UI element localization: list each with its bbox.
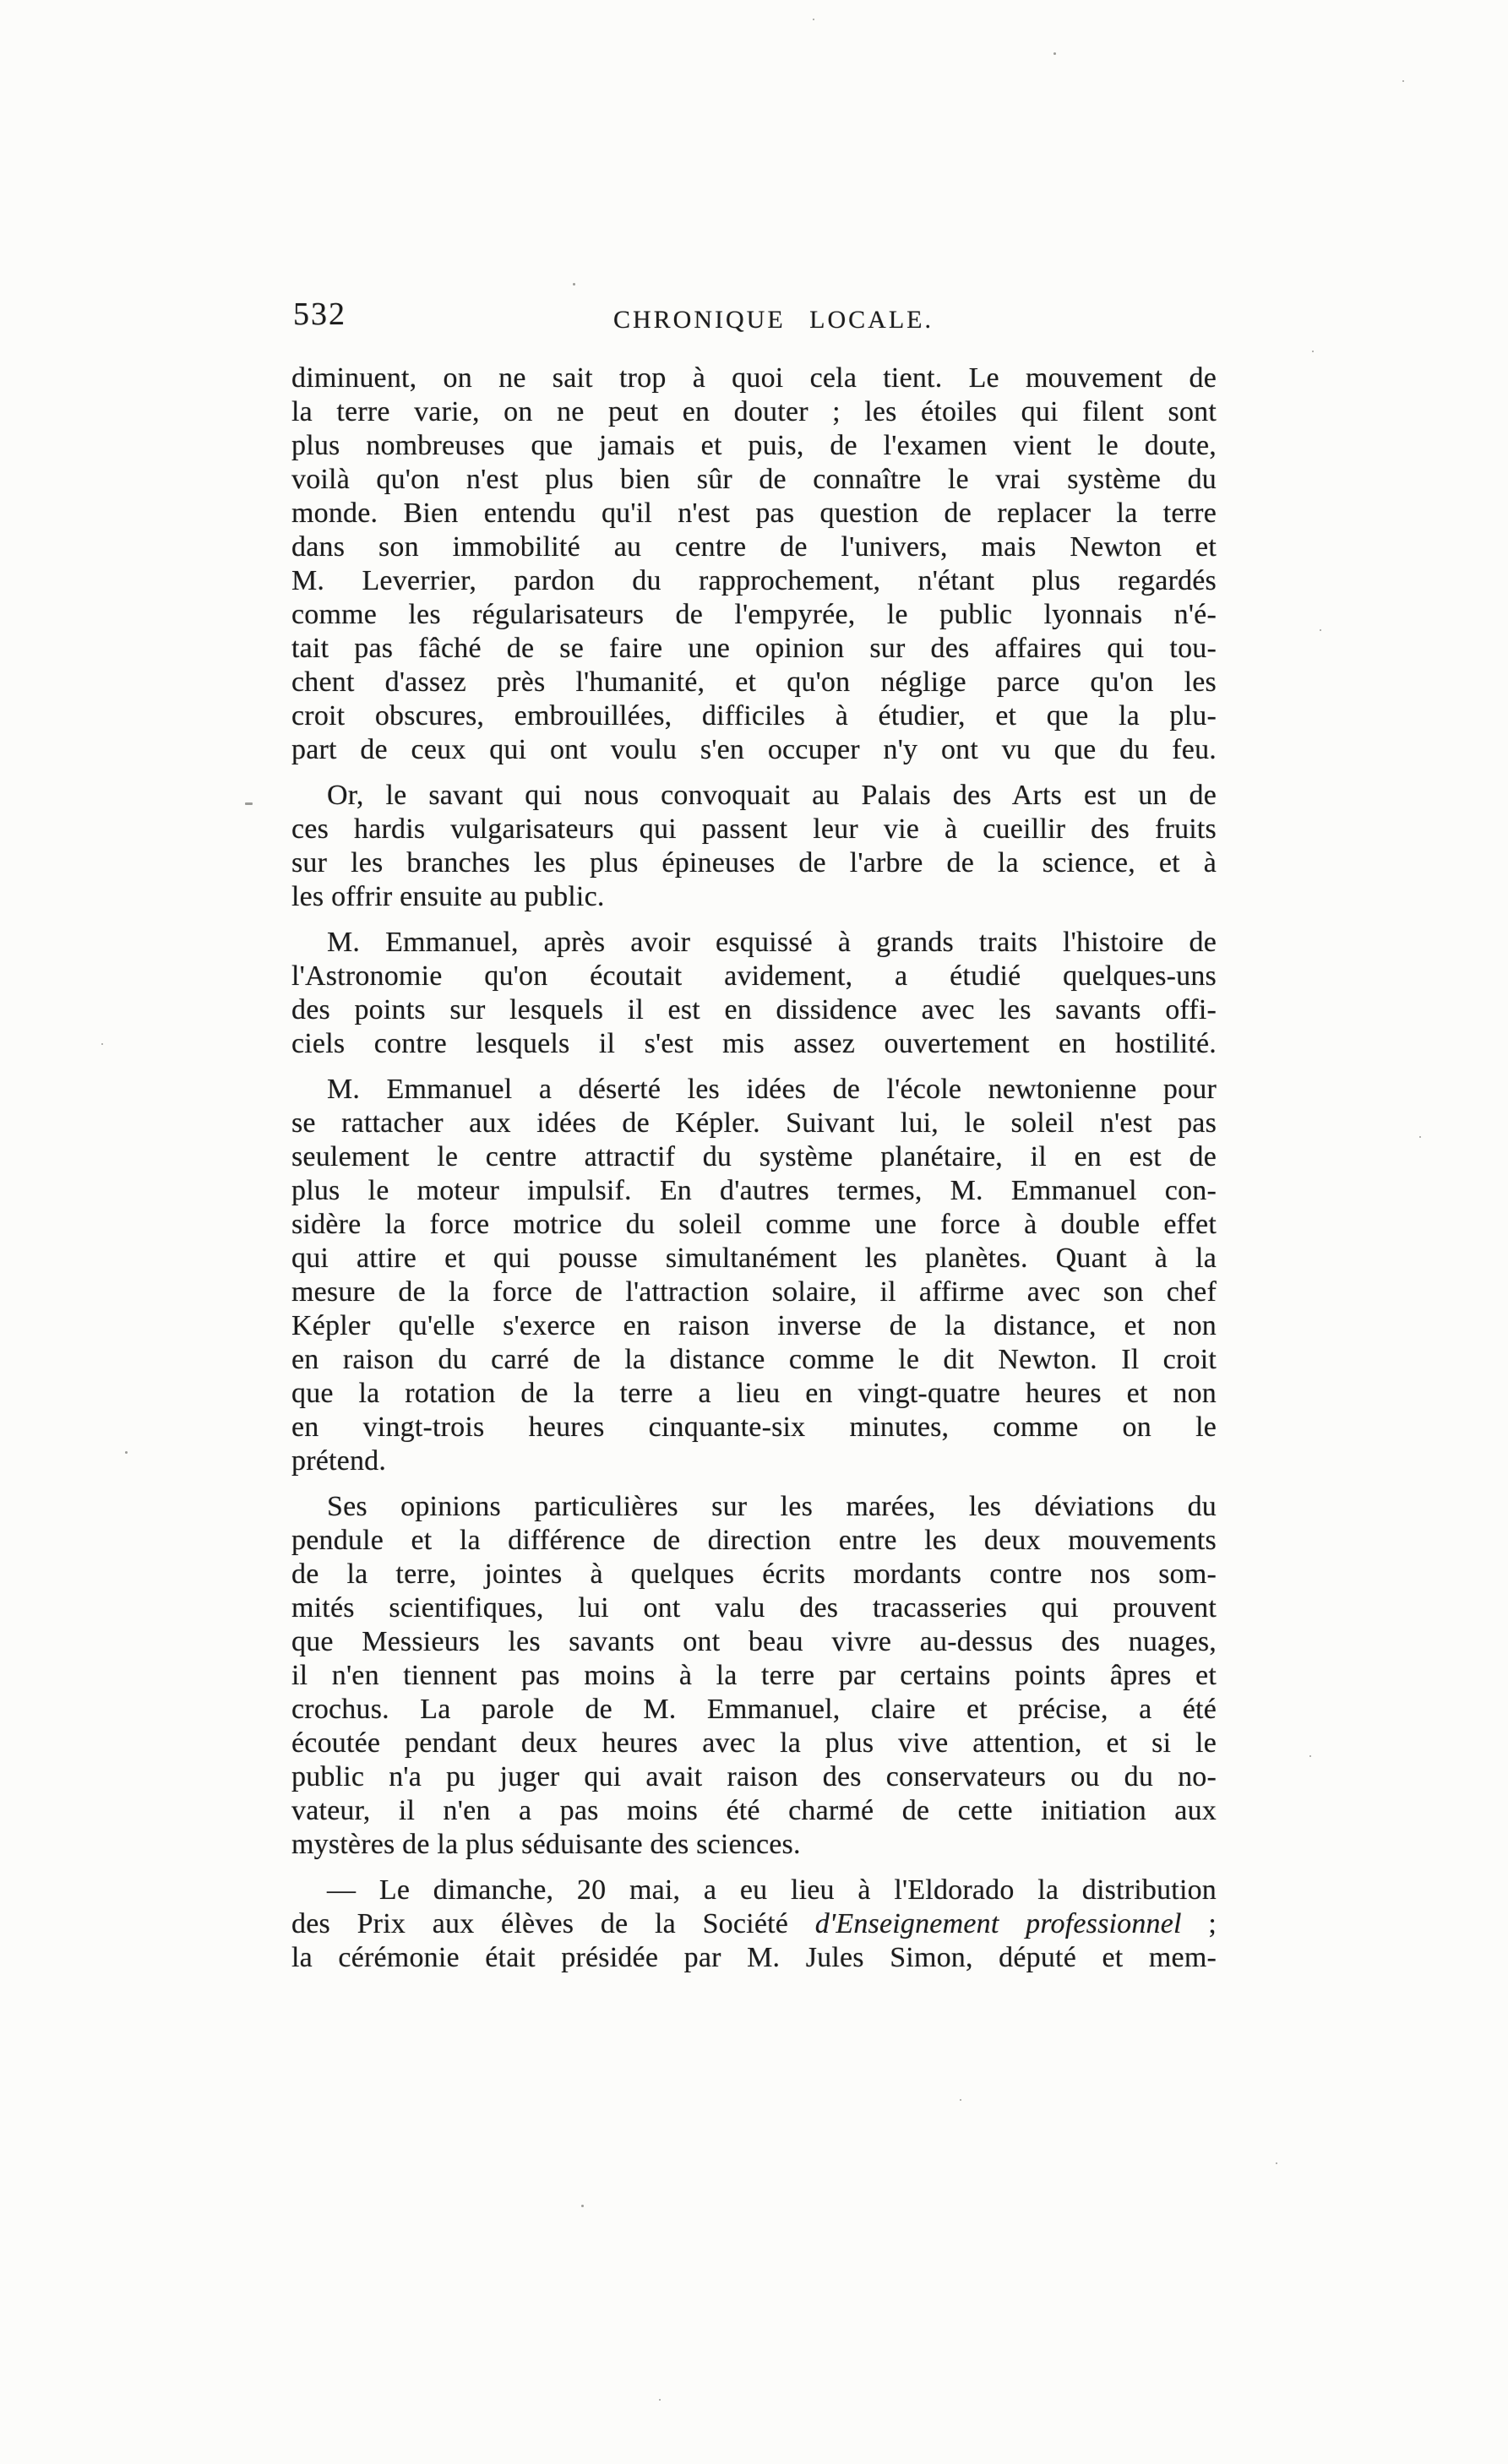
scan-speck [1419, 1136, 1421, 1138]
text-line: vateur, il n'en a pas moins été charmé d… [291, 1794, 1217, 1828]
text-line: prétend. [291, 1444, 1217, 1478]
paragraph: M. Emmanuel, après avoir esquissé à gran… [291, 926, 1217, 1061]
scan-speck [125, 1451, 128, 1454]
text-line: se rattacher aux idées de Képler. Suivan… [291, 1107, 1217, 1140]
text-line: M. Emmanuel a déserté les idées de l'éco… [291, 1073, 1217, 1107]
text-line: pendule et la différence de direction en… [291, 1524, 1217, 1558]
text-run: des points sur lesquels il est en dissid… [291, 994, 1217, 1025]
text-run: dans son immobilité au centre de l'unive… [291, 531, 1217, 563]
text-line: public n'a pu juger qui avait raison des… [291, 1760, 1217, 1794]
text-line: qui attire et qui pousse simultanément l… [291, 1242, 1217, 1276]
text-line: de la terre, jointes à quelques écrits m… [291, 1558, 1217, 1591]
running-header: CHRONIQUE LOCALE. [311, 306, 1236, 335]
scanned-page: 532 CHRONIQUE LOCALE. diminuent, on ne s… [0, 0, 1508, 2464]
text-run: ciels contre lesquels il s'est mis assez… [291, 1028, 1217, 1059]
text-line: en raison du carré de la distance comme … [291, 1343, 1217, 1377]
text-line: monde. Bien entendu qu'il n'est pas ques… [291, 497, 1217, 530]
scan-speck [659, 2399, 661, 2401]
text-run: il n'en tiennent pas moins à la terre pa… [291, 1660, 1217, 1691]
text-run: seulement le centre attractif du système… [291, 1141, 1217, 1172]
text-run: l'Astronomie qu'on écoutait avidement, a… [291, 960, 1217, 992]
text-run: M. Emmanuel, après avoir esquissé à gran… [327, 927, 1217, 958]
text-line: part de ceux qui ont voulu s'en occuper … [291, 733, 1217, 767]
text-run: les offrir ensuite au public. [291, 881, 605, 912]
text-line: la cérémonie était présidée par M. Jules… [291, 1941, 1217, 1975]
scan-speck [813, 19, 814, 20]
text-run: mystères de la plus séduisante des scien… [291, 1829, 801, 1860]
text-run: Or, le savant qui nous convoquait au Pal… [327, 780, 1217, 811]
paragraph: Ses opinions particulières sur les marée… [291, 1490, 1217, 1862]
text-line: les offrir ensuite au public. [291, 880, 1217, 914]
text-run: part de ceux qui ont voulu s'en occuper … [291, 734, 1217, 765]
scan-speck [573, 283, 575, 286]
text-run: crochus. La parole de M. Emmanuel, clair… [291, 1694, 1217, 1725]
text-line: ciels contre lesquels il s'est mis assez… [291, 1027, 1217, 1061]
text-line: des points sur lesquels il est en dissid… [291, 993, 1217, 1027]
text-line: sur les branches les plus épineuses de l… [291, 846, 1217, 880]
text-run: la cérémonie était présidée par M. Jules… [291, 1942, 1217, 1973]
text-line: seulement le centre attractif du système… [291, 1140, 1217, 1174]
text-line: dans son immobilité au centre de l'unive… [291, 530, 1217, 564]
text-line: croit obscures, embrouillées, difficiles… [291, 699, 1217, 733]
text-run: mesure de la force de l'attraction solai… [291, 1276, 1217, 1308]
text-line: comme les régularisateurs de l'empyrée, … [291, 598, 1217, 632]
scan-speck [581, 2205, 584, 2207]
text-line: Or, le savant qui nous convoquait au Pal… [291, 779, 1217, 813]
text-line: sidère la force motrice du soleil comme … [291, 1208, 1217, 1242]
text-run: la terre varie, on ne peut en douter ; l… [291, 396, 1217, 427]
scan-speck [245, 802, 253, 805]
text-line: crochus. La parole de M. Emmanuel, clair… [291, 1693, 1217, 1727]
text-run: pendule et la différence de direction en… [291, 1525, 1217, 1556]
scan-speck [1312, 351, 1314, 352]
text-line: M. Emmanuel, après avoir esquissé à gran… [291, 926, 1217, 960]
text-line: mesure de la force de l'attraction solai… [291, 1276, 1217, 1309]
text-line: diminuent, on ne sait trop à quoi cela t… [291, 362, 1217, 395]
text-line: tait pas fâché de se faire une opinion s… [291, 632, 1217, 666]
text-run: M. Emmanuel a déserté les idées de l'éco… [327, 1074, 1217, 1105]
text-run: mités scientifiques, lui ont valu des tr… [291, 1592, 1217, 1624]
text-line: mités scientifiques, lui ont valu des tr… [291, 1591, 1217, 1625]
text-run: monde. Bien entendu qu'il n'est pas ques… [291, 498, 1217, 529]
text-line: plus nombreuses que jamais et puis, de l… [291, 429, 1217, 463]
page-body: diminuent, on ne sait trop à quoi cela t… [291, 362, 1217, 1975]
italic-text: d'Enseignement professionnel [815, 1908, 1182, 1939]
text-run: sidère la force motrice du soleil comme … [291, 1209, 1217, 1240]
text-run: public n'a pu juger qui avait raison des… [291, 1761, 1217, 1792]
text-line: Képler qu'elle s'exerce en raison invers… [291, 1309, 1217, 1343]
text-run: chent d'assez près l'humanité, et qu'on … [291, 666, 1217, 698]
paragraph: diminuent, on ne sait trop à quoi cela t… [291, 362, 1217, 767]
text-run: ; [1182, 1908, 1217, 1939]
text-run: ces hardis vulgarisateurs qui passent le… [291, 813, 1217, 845]
scan-speck [101, 1043, 103, 1045]
paragraph: — Le dimanche, 20 mai, a eu lieu à l'Eld… [291, 1874, 1217, 1975]
text-line: M. Leverrier, pardon du rapprochement, n… [291, 564, 1217, 598]
text-run: de la terre, jointes à quelques écrits m… [291, 1558, 1217, 1590]
text-run: que la rotation de la terre a lieu en vi… [291, 1378, 1217, 1409]
text-line: plus le moteur impulsif. En d'autres ter… [291, 1174, 1217, 1208]
text-run: que Messieurs les savants ont beau vivre… [291, 1626, 1217, 1657]
text-run: voilà qu'on n'est plus bien sûr de conna… [291, 464, 1217, 495]
text-line: — Le dimanche, 20 mai, a eu lieu à l'Eld… [291, 1874, 1217, 1907]
scan-speck [960, 2099, 961, 2101]
text-run: vateur, il n'en a pas moins été charmé d… [291, 1795, 1217, 1826]
scan-speck [1309, 1755, 1311, 1757]
text-line: la terre varie, on ne peut en douter ; l… [291, 395, 1217, 429]
text-run: des Prix aux élèves de la Société [291, 1908, 815, 1939]
text-line: que Messieurs les savants ont beau vivre… [291, 1625, 1217, 1659]
text-run: se rattacher aux idées de Képler. Suivan… [291, 1107, 1217, 1139]
scan-speck [1276, 2162, 1277, 2164]
text-line: ces hardis vulgarisateurs qui passent le… [291, 813, 1217, 846]
paragraph: Or, le savant qui nous convoquait au Pal… [291, 779, 1217, 914]
text-line: l'Astronomie qu'on écoutait avidement, a… [291, 960, 1217, 993]
scan-speck [1402, 80, 1404, 82]
text-run: croit obscures, embrouillées, difficiles… [291, 700, 1217, 732]
text-line: il n'en tiennent pas moins à la terre pa… [291, 1659, 1217, 1693]
text-run: Képler qu'elle s'exerce en raison invers… [291, 1310, 1217, 1341]
text-run: comme les régularisateurs de l'empyrée, … [291, 599, 1217, 630]
text-line: mystères de la plus séduisante des scien… [291, 1828, 1217, 1862]
text-run: — Le dimanche, 20 mai, a eu lieu à l'Eld… [327, 1874, 1217, 1906]
text-run: sur les branches les plus épineuses de l… [291, 847, 1217, 878]
text-run: prétend. [291, 1445, 386, 1477]
text-run: M. Leverrier, pardon du rapprochement, n… [291, 565, 1217, 596]
text-line: Ses opinions particulières sur les marée… [291, 1490, 1217, 1524]
text-run: en raison du carré de la distance comme … [291, 1344, 1217, 1375]
text-line: écoutée pendant deux heures avec la plus… [291, 1727, 1217, 1760]
text-run: tait pas fâché de se faire une opinion s… [291, 633, 1217, 664]
text-run: en vingt-trois heures cinquante-six minu… [291, 1411, 1217, 1443]
text-run: Ses opinions particulières sur les marée… [327, 1491, 1217, 1522]
paragraph: M. Emmanuel a déserté les idées de l'éco… [291, 1073, 1217, 1478]
text-run: plus le moteur impulsif. En d'autres ter… [291, 1175, 1217, 1206]
text-line: voilà qu'on n'est plus bien sûr de conna… [291, 463, 1217, 497]
text-line: en vingt-trois heures cinquante-six minu… [291, 1411, 1217, 1444]
text-line: des Prix aux élèves de la Société d'Ense… [291, 1907, 1217, 1941]
text-line: chent d'assez près l'humanité, et qu'on … [291, 666, 1217, 699]
text-run: diminuent, on ne sait trop à quoi cela t… [291, 362, 1217, 394]
scan-speck [1320, 629, 1321, 631]
scan-speck [1053, 52, 1056, 55]
text-line: que la rotation de la terre a lieu en vi… [291, 1377, 1217, 1411]
text-run: qui attire et qui pousse simultanément l… [291, 1243, 1217, 1274]
text-run: plus nombreuses que jamais et puis, de l… [291, 430, 1217, 461]
text-run: écoutée pendant deux heures avec la plus… [291, 1727, 1217, 1759]
